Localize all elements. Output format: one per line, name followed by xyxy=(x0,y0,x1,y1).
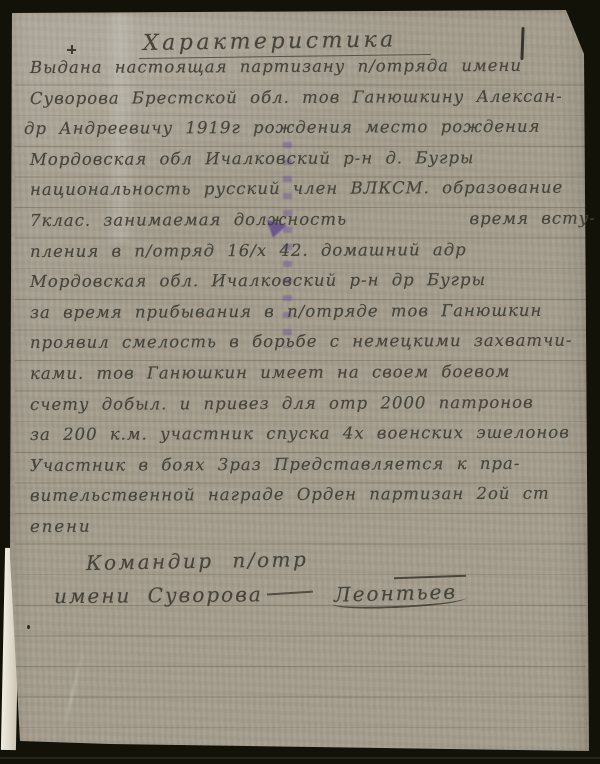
manuscript-line: пления в п/отряд 16/х 42. домашний адр xyxy=(30,239,582,272)
signature-unit-line: имени Суворова xyxy=(54,582,313,608)
manuscript-line: др Андреевичу 1919г рождения место рожде… xyxy=(24,117,582,150)
manuscript-line: национальность русский член ВЛКСМ. образ… xyxy=(30,178,582,211)
manuscript-line: счету добыл. и привез для отр 2000 патро… xyxy=(30,392,582,425)
manuscript-line: 7клас. занимаемая должность время всту- xyxy=(30,209,582,242)
document-scan: Характеристика Выдана настоящая партизан… xyxy=(0,0,600,764)
manuscript-line: Участник в боях 3раз Представляется к пр… xyxy=(30,453,582,486)
manuscript-line: Суворова Брестской обл. тов Ганюшкину Ал… xyxy=(30,86,582,119)
manuscript-line: за время прибывания в п/отряде тов Ганюш… xyxy=(30,300,582,333)
manuscript-line: проявил смелость в борьбе с немецкими за… xyxy=(30,331,582,364)
manuscript-line: Мордовская обл Ичалковский р-н д. Бугры xyxy=(30,147,582,180)
manuscript-line: вительственной награде Орден партизан 2о… xyxy=(30,484,582,517)
manuscript-line: Мордовская обл. Ичалковский р-н др Бугры xyxy=(30,270,582,303)
manuscript-body: Выдана настоящая партизану п/отряда имен… xyxy=(30,58,582,548)
signature-position-line: Командир п/отр xyxy=(86,547,309,575)
manuscript-line: епени xyxy=(30,514,582,547)
manuscript-line: ками. тов Ганюшкин имеет на своем боевом xyxy=(30,362,582,395)
manuscript-line: Выдана настоящая партизану п/отряда имен… xyxy=(30,56,582,89)
manuscript-line: за 200 к.м. участник спуска 4х военских … xyxy=(30,423,582,456)
document-title: Характеристика xyxy=(0,29,570,57)
scanner-bed-line xyxy=(0,757,600,759)
cross-pen-mark xyxy=(67,45,76,54)
document-title-text: Характеристика xyxy=(139,27,431,59)
